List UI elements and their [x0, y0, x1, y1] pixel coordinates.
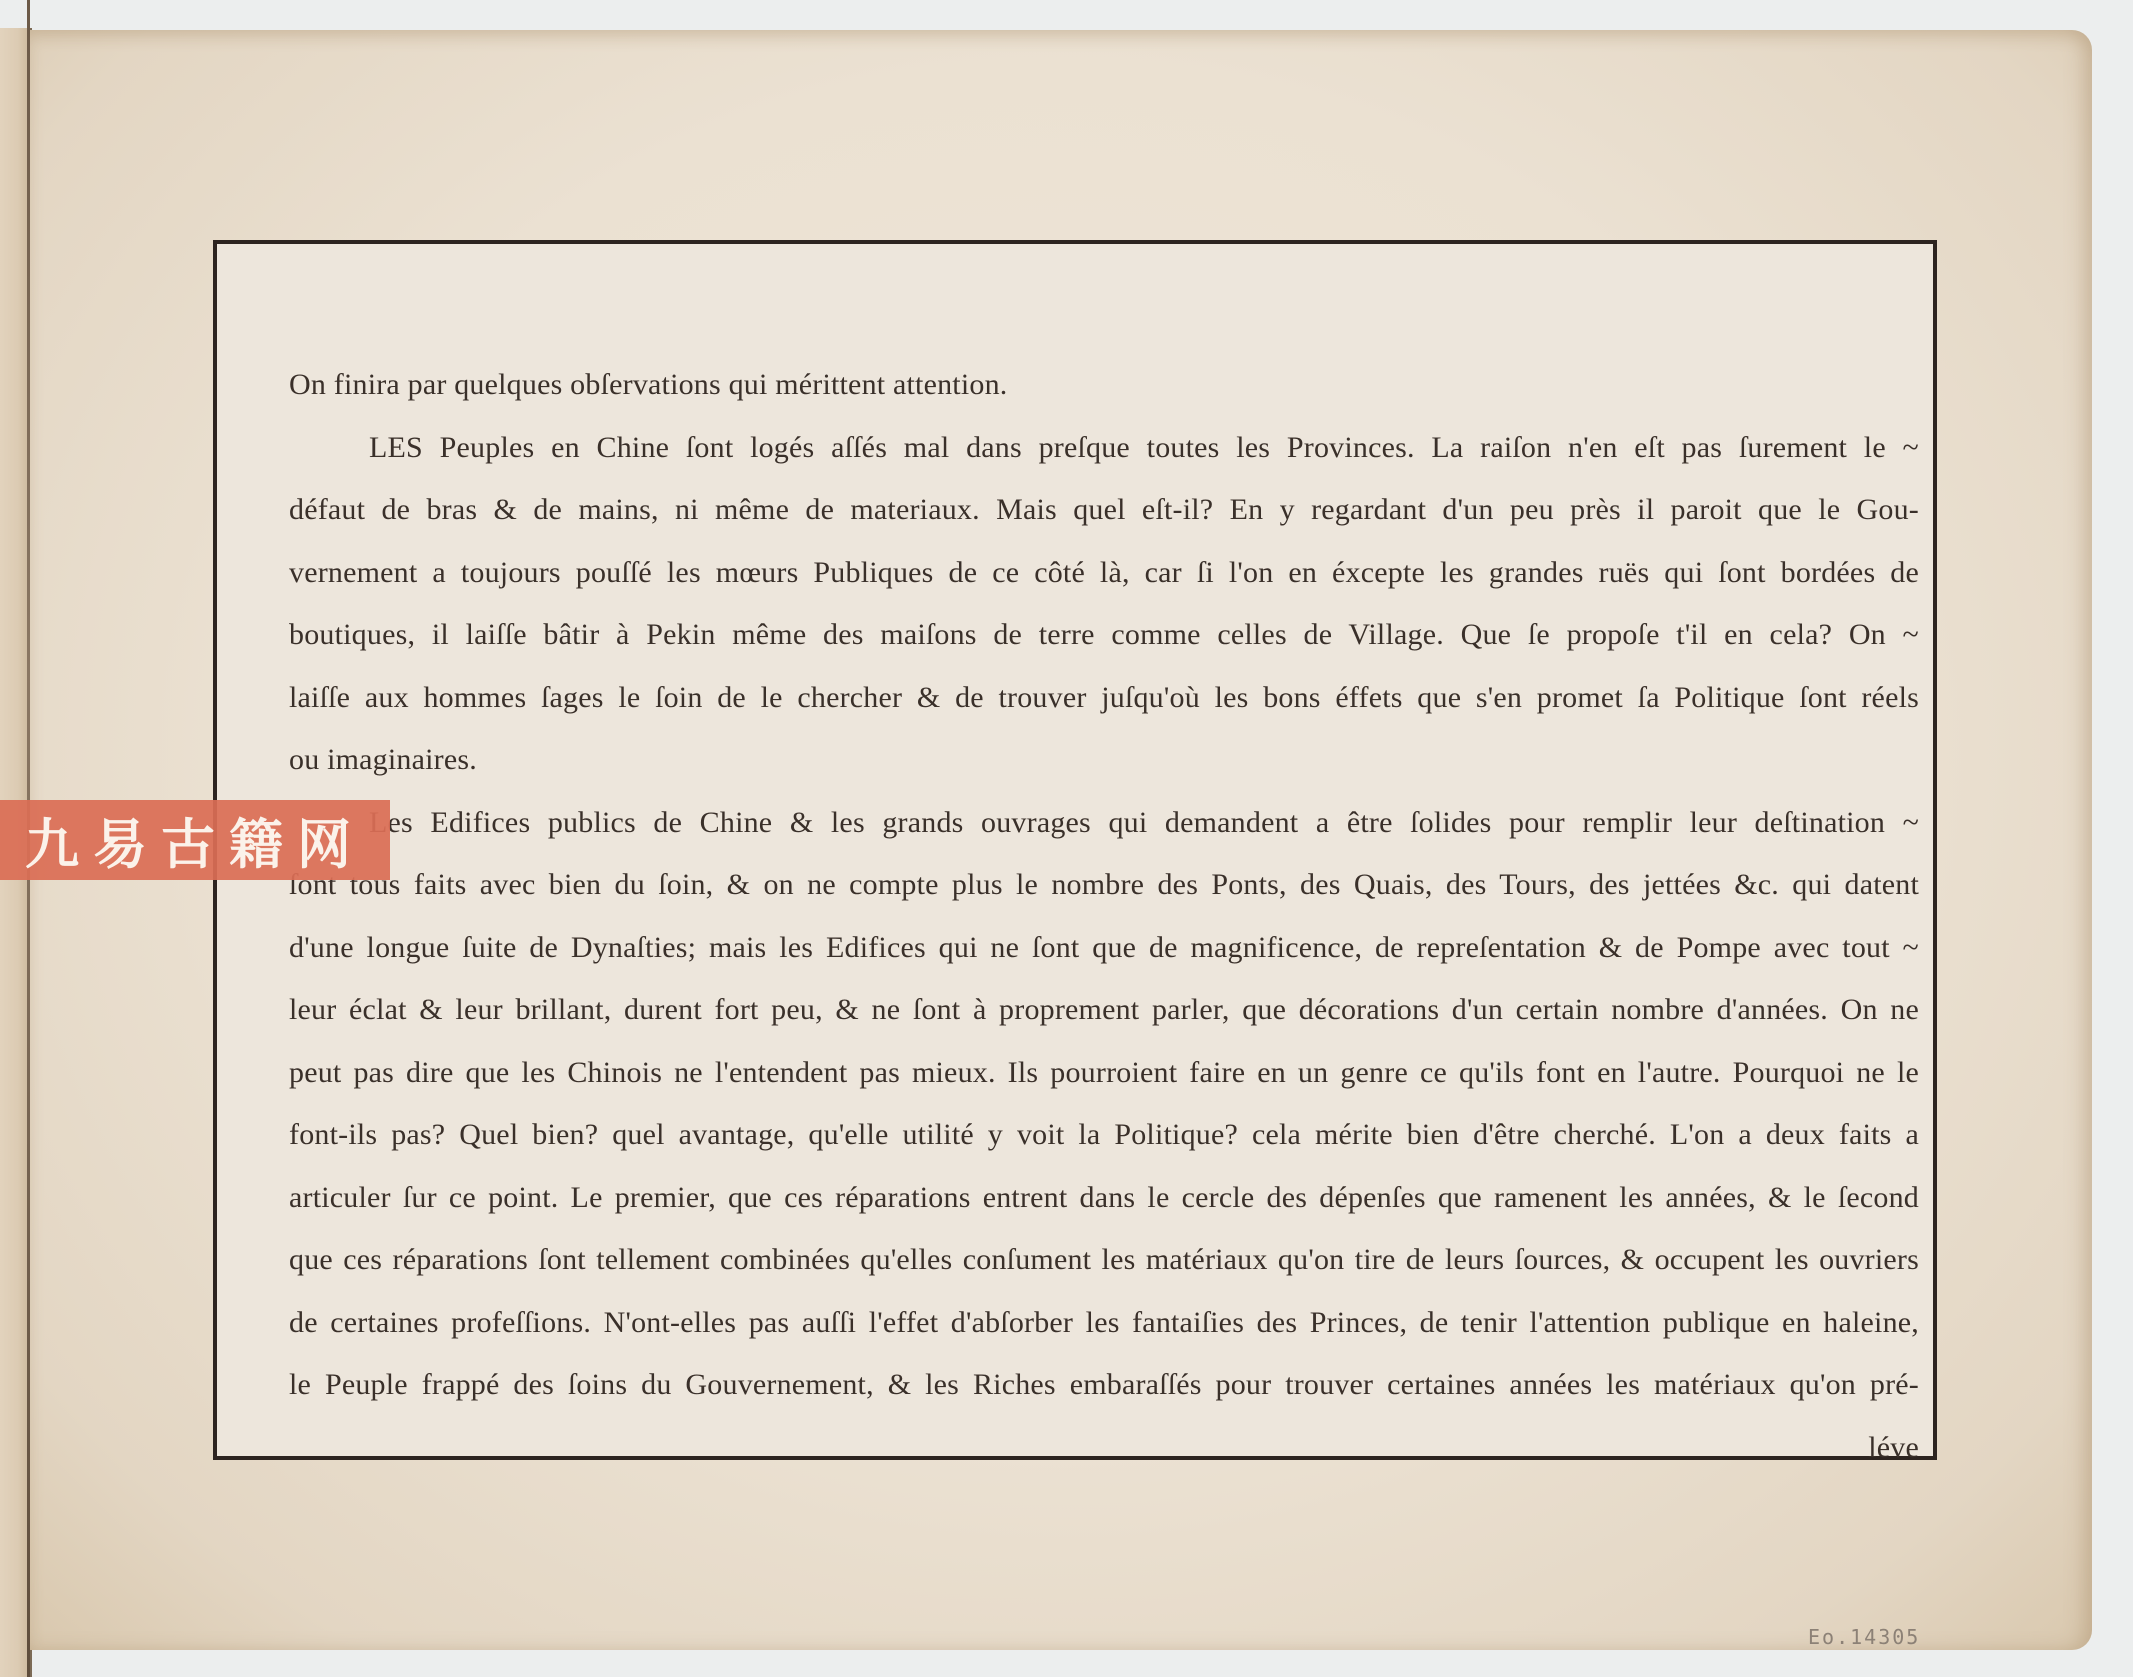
text-line-10: d'une longue ſuite de Dynaſties; mais le… [289, 917, 1919, 980]
text-line-3: défaut de bras & de mains, ni même de ma… [289, 479, 1919, 542]
site-watermark: 九易古籍网 [0, 800, 390, 880]
text-line-11: leur éclat & leur brillant, durent fort … [289, 979, 1919, 1042]
text-line-4: vernement a toujours pouſſé les mœurs Pu… [289, 542, 1919, 605]
text-line-6: laiſſe aux hommes ſages le ſoin de le ch… [289, 667, 1919, 730]
text-line-2: LES Peuples en Chine ſont logés aſſés ma… [289, 417, 1919, 480]
text-line-13: font-ils pas? Quel bien? quel avantage, … [289, 1104, 1919, 1167]
text-line-12: peut pas dire que les Chinois ne l'enten… [289, 1042, 1919, 1105]
text-line-15: que ces réparations ſont tellement combi… [289, 1229, 1919, 1292]
text-line-1: On finira par quelques obſervations qui … [289, 354, 1919, 417]
text-line-17: le Peuple frappé des ſoins du Gouverneme… [289, 1354, 1919, 1417]
text-line-16: de certaines profeſſions. N'ont-elles pa… [289, 1292, 1919, 1355]
text-line-8: Les Edifices publics de Chine & les gran… [289, 792, 1919, 855]
text-line-9: ſont tous faits avec bien du ſoin, & on … [289, 854, 1919, 917]
text-line-18: léve [289, 1417, 1919, 1480]
manuscript-text: On finira par quelques obſervations qui … [289, 354, 1919, 1479]
text-line-7: ou imaginaires. [289, 729, 1919, 792]
text-line-5: boutiques, il laiſſe bâtir à Pekin même … [289, 604, 1919, 667]
catalog-number: Eo.14305 [1808, 1625, 1920, 1649]
text-frame-border: On finira par quelques obſervations qui … [213, 240, 1937, 1460]
text-line-14: articuler ſur ce point. Le premier, que … [289, 1167, 1919, 1230]
